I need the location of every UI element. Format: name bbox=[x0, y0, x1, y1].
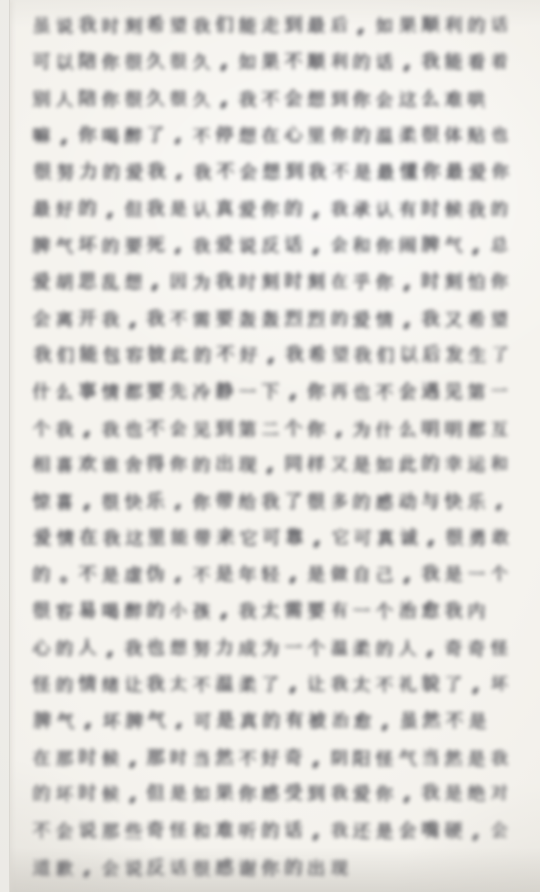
handwritten-char: 么 bbox=[396, 419, 419, 440]
handwritten-char: 内 bbox=[465, 601, 489, 623]
handwritten-char: 我 bbox=[259, 492, 282, 513]
handwritten-char: 话 bbox=[282, 820, 305, 841]
handwritten-char: 你 bbox=[374, 785, 396, 805]
handwritten-char: 是 bbox=[350, 454, 374, 476]
handwritten-char: 的 bbox=[100, 163, 122, 183]
handwritten-char: 听 bbox=[236, 821, 260, 843]
handwritten-char: 乐 bbox=[144, 491, 167, 512]
handwritten-char: 烈 bbox=[282, 308, 305, 329]
handwritten-char: 你 bbox=[168, 455, 190, 475]
handwritten-char: 奇 bbox=[282, 747, 305, 768]
handwritten-char: 坏 bbox=[488, 674, 510, 694]
handwritten-char: 时 bbox=[419, 271, 442, 292]
handwritten-char: 乎 bbox=[350, 272, 374, 294]
handwritten-char: 不 bbox=[191, 675, 213, 695]
punctuation-mark: ， bbox=[121, 748, 145, 770]
handwritten-char: 爱 bbox=[30, 272, 53, 293]
handwritten-char: 带 bbox=[192, 529, 214, 549]
handwritten-char: 见 bbox=[191, 420, 213, 440]
punctuation-mark: ， bbox=[99, 639, 121, 659]
text-line: 别人陪你很久很久，我不会想到你会这么难哄 bbox=[30, 81, 511, 118]
handwritten-char: 你 bbox=[489, 162, 511, 182]
handwritten-char: 真 bbox=[213, 198, 236, 219]
handwritten-char: 是 bbox=[168, 199, 190, 219]
punctuation-mark: ， bbox=[168, 565, 190, 585]
handwritten-char: 的 bbox=[465, 15, 489, 37]
handwritten-char: 让 bbox=[121, 674, 145, 696]
handwritten-char: 认 bbox=[191, 200, 213, 220]
handwritten-char: 话 bbox=[488, 15, 510, 35]
handwritten-char: 果 bbox=[396, 15, 419, 36]
handwritten-char: 然 bbox=[442, 748, 465, 769]
handwritten-char: 后 bbox=[420, 344, 443, 365]
handwritten-char: 会 bbox=[53, 822, 75, 842]
handwritten-char: 很 bbox=[31, 162, 54, 183]
handwritten-char: 是 bbox=[351, 162, 375, 184]
handwritten-char: 我 bbox=[236, 601, 260, 623]
handwritten-char: 希 bbox=[144, 15, 167, 36]
handwritten-char: 是 bbox=[213, 563, 236, 584]
handwritten-char: 么 bbox=[53, 383, 75, 403]
handwritten-char: 什 bbox=[374, 420, 396, 440]
handwritten-char: 会 bbox=[396, 382, 419, 403]
handwritten-char: 你 bbox=[488, 272, 510, 292]
handwritten-char: 的 bbox=[374, 639, 396, 659]
handwritten-char: 气 bbox=[53, 236, 75, 256]
handwritten-char: 脾 bbox=[419, 234, 442, 255]
handwritten-char: 好 bbox=[259, 748, 282, 769]
handwritten-char: 些 bbox=[121, 821, 145, 843]
handwritten-char: 怪 bbox=[30, 674, 53, 695]
handwritten-char: 得 bbox=[144, 454, 167, 475]
handwritten-char: 了 bbox=[442, 674, 465, 695]
handwritten-char: 承 bbox=[350, 199, 374, 221]
handwritten-char: 你 bbox=[328, 125, 350, 145]
handwritten-char: 我 bbox=[192, 163, 214, 183]
handwritten-char: 到 bbox=[328, 90, 350, 110]
handwritten-char: 为 bbox=[259, 638, 282, 659]
handwritten-char: 冷 bbox=[191, 383, 213, 403]
handwritten-char: 难 bbox=[442, 90, 465, 111]
handwritten-char: 你 bbox=[350, 90, 374, 112]
handwritten-char: 希 bbox=[465, 309, 489, 331]
handwritten-char: 反 bbox=[144, 857, 167, 878]
handwritten-char: 望 bbox=[329, 345, 351, 365]
handwritten-char: 互 bbox=[488, 419, 510, 439]
handwritten-char: 望 bbox=[488, 310, 510, 330]
handwritten-char: 体 bbox=[442, 125, 465, 146]
handwritten-char: 一 bbox=[350, 601, 374, 623]
handwritten-char: 彼 bbox=[145, 344, 168, 365]
handwritten-char: 以 bbox=[53, 53, 75, 73]
handwritten-char: 柔 bbox=[396, 125, 419, 146]
handwritten-char: 我 bbox=[144, 308, 167, 329]
punctuation-mark: ， bbox=[375, 712, 397, 732]
punctuation-mark: ， bbox=[260, 345, 283, 366]
handwritten-char: 我 bbox=[99, 310, 121, 330]
handwritten-char: 太 bbox=[168, 674, 190, 694]
punctuation-mark: ， bbox=[282, 381, 305, 402]
text-line: 心的人，我也想努力成为一个温柔的人，奇奇怪 bbox=[30, 630, 511, 667]
handwritten-char: 气 bbox=[54, 712, 76, 732]
handwritten-char: 我 bbox=[328, 821, 350, 841]
handwritten-char: 但 bbox=[121, 199, 145, 221]
handwritten-char: 会 bbox=[282, 89, 305, 110]
text-line: 虽说我时刻希望我们能走到最后，如果顺利的话 bbox=[30, 7, 511, 44]
punctuation-mark: ， bbox=[282, 563, 305, 584]
handwritten-char: 候 bbox=[99, 749, 121, 769]
handwritten-char: 努 bbox=[54, 163, 76, 183]
handwritten-char: 我 bbox=[488, 749, 510, 769]
handwritten-char: 敢 bbox=[489, 528, 511, 548]
handwritten-char: 能 bbox=[442, 52, 465, 73]
punctuation-mark: ， bbox=[396, 272, 419, 293]
handwritten-char: 们 bbox=[213, 15, 236, 36]
handwritten-char: 让 bbox=[305, 674, 328, 695]
punctuation-mark: ， bbox=[465, 235, 489, 257]
handwritten-char: 你 bbox=[191, 492, 213, 512]
handwritten-char: 真 bbox=[237, 711, 261, 733]
punctuation-mark: ， bbox=[76, 418, 99, 439]
punctuation-mark: ， bbox=[396, 309, 419, 330]
handwritten-char: 要 bbox=[305, 601, 328, 622]
handwritten-char: 我 bbox=[419, 783, 442, 804]
handwritten-char: 的 bbox=[350, 52, 374, 74]
text-line: 嘛，你喝醉了，不停想在心里你的温柔很体贴也 bbox=[30, 117, 511, 154]
punctuation-mark: ， bbox=[213, 88, 236, 109]
handwritten-char: 我 bbox=[328, 200, 350, 220]
punctuation-mark: ， bbox=[305, 821, 328, 842]
handwritten-char: 不 bbox=[443, 711, 466, 732]
handwritten-char: 的 bbox=[99, 236, 121, 256]
handwritten-char: 时 bbox=[76, 783, 99, 804]
handwritten-char: 难 bbox=[213, 820, 236, 841]
handwritten-char: 后 bbox=[328, 16, 350, 36]
handwritten-char: 我 bbox=[76, 15, 99, 36]
punctuation-mark: ， bbox=[53, 126, 75, 146]
punctuation-mark: ， bbox=[420, 527, 443, 548]
handwritten-char: 情 bbox=[76, 673, 99, 694]
handwritten-char: 想 bbox=[168, 638, 190, 658]
punctuation-mark: ， bbox=[76, 491, 99, 512]
handwritten-char: 话 bbox=[282, 234, 305, 255]
punctuation-mark: ， bbox=[76, 857, 99, 878]
handwritten-char: 气 bbox=[145, 710, 168, 731]
handwritten-char: 绝 bbox=[465, 784, 489, 806]
handwritten-char: 柔 bbox=[236, 674, 260, 696]
handwritten-char: 那 bbox=[144, 747, 167, 768]
text-line: 脾气，坏脾气，可是真的有被治愈，虽然不是 bbox=[31, 703, 512, 740]
handwritten-char: 我 bbox=[144, 198, 167, 219]
handwritten-char: 里 bbox=[305, 125, 328, 146]
handwritten-char: 很 bbox=[99, 492, 121, 512]
handwritten-char: 久 bbox=[144, 51, 167, 72]
text-line: 不会说那些奇怪和难听的话，我还是会嘴硬，会 bbox=[30, 813, 511, 850]
handwritten-char: 奇 bbox=[442, 639, 465, 660]
handwritten-char: 我 bbox=[283, 344, 306, 365]
handwritten-char: 有 bbox=[283, 710, 306, 731]
handwritten-char: 谁 bbox=[99, 456, 121, 476]
handwritten-char: 不 bbox=[76, 564, 99, 585]
handwritten-char: 轰 bbox=[236, 309, 260, 331]
text-line: 在那时候，那时当然不好奇，阴阳怪气当然是我 bbox=[30, 740, 511, 777]
handwritten-char: 的 bbox=[488, 200, 510, 220]
punctuation-mark: ， bbox=[77, 710, 100, 731]
text-line: 相喜欢谁舍得你的出现，同样又是如此的幸运和 bbox=[30, 446, 511, 483]
punctuation-mark: ， bbox=[396, 52, 419, 73]
handwritten-char: 道 bbox=[30, 858, 53, 879]
handwritten-char: 最 bbox=[305, 15, 328, 36]
handwritten-char: 话 bbox=[374, 53, 396, 73]
handwritten-char: 乱 bbox=[99, 273, 121, 293]
handwritten-char: 反 bbox=[259, 235, 282, 256]
handwritten-char: 个 bbox=[30, 418, 53, 439]
handwritten-char: 会 bbox=[396, 821, 419, 842]
punctuation-mark: ， bbox=[306, 528, 329, 549]
handwritten-char: 的 bbox=[192, 346, 214, 366]
punctuation-mark: ， bbox=[282, 673, 305, 694]
handwritten-char: 很 bbox=[305, 492, 328, 513]
handwritten-char: 谢 bbox=[236, 858, 260, 880]
handwritten-char: 们 bbox=[375, 346, 397, 366]
handwritten-char: 要 bbox=[213, 308, 236, 329]
handwritten-char: 气 bbox=[396, 748, 419, 769]
handwritten-char: 了 bbox=[282, 491, 305, 512]
handwritten-char: 这 bbox=[396, 90, 419, 111]
handwritten-char: 都 bbox=[465, 419, 489, 441]
handwritten-char: 不 bbox=[329, 162, 351, 182]
punctuation-mark: ， bbox=[121, 309, 145, 331]
handwritten-char: 与 bbox=[419, 491, 442, 512]
handwritten-char: 遇 bbox=[419, 381, 442, 402]
handwritten-char: 的 bbox=[76, 198, 99, 219]
handwritten-char: 带 bbox=[213, 491, 236, 512]
handwritten-char: 力 bbox=[77, 161, 100, 182]
handwritten-char: 的 bbox=[259, 821, 282, 842]
handwritten-char: 我 bbox=[351, 345, 375, 367]
handwritten-char: 刻 bbox=[442, 272, 465, 293]
handwritten-char: 事 bbox=[76, 381, 99, 402]
handwritten-char: 个 bbox=[305, 638, 328, 659]
handwritten-char: 坏 bbox=[53, 785, 75, 805]
handwritten-char: 陪 bbox=[76, 88, 99, 109]
handwritten-char: 你 bbox=[305, 419, 328, 440]
handwritten-char: 喜 bbox=[53, 492, 75, 512]
handwritten-char: 是 bbox=[442, 784, 465, 805]
handwritten-char: 我 bbox=[419, 563, 442, 584]
handwritten-char: 奇 bbox=[144, 820, 167, 841]
handwritten-char: 是 bbox=[465, 748, 489, 770]
handwritten-char: 明 bbox=[442, 419, 465, 440]
handwritten-char: 一 bbox=[488, 382, 510, 402]
handwritten-char: 的 bbox=[30, 565, 53, 586]
handwritten-char: 和 bbox=[350, 235, 374, 257]
handwritten-char: 想 bbox=[121, 272, 145, 294]
handwritten-char: 不 bbox=[214, 344, 237, 365]
punctuation-mark: ， bbox=[465, 821, 489, 843]
handwritten-char: 一 bbox=[282, 637, 305, 658]
handwritten-char: 什 bbox=[30, 382, 53, 403]
handwritten-char: 治 bbox=[329, 711, 351, 731]
handwritten-char: 刻 bbox=[259, 272, 282, 293]
handwritten-char: 愈 bbox=[351, 711, 375, 733]
handwritten-char: 时 bbox=[168, 748, 190, 768]
punctuation-mark: ， bbox=[213, 600, 236, 621]
handwritten-char: 可 bbox=[351, 528, 375, 550]
punctuation-mark: ， bbox=[419, 638, 442, 659]
handwritten-char: 脾 bbox=[30, 235, 53, 256]
handwritten-char: 很 bbox=[168, 53, 190, 73]
handwritten-char: 我 bbox=[121, 638, 145, 660]
handwritten-char: 时 bbox=[282, 271, 305, 292]
handwritten-char: 自 bbox=[350, 564, 374, 586]
text-line: 爱胡思乱想，因为我时刻时刻在乎你，时刻怕你 bbox=[30, 264, 511, 301]
handwritten-char: 贴 bbox=[465, 125, 489, 147]
handwritten-char: 不 bbox=[374, 383, 396, 403]
handwritten-char: 第 bbox=[236, 419, 260, 441]
handwritten-char: 又 bbox=[442, 309, 465, 330]
handwritten-char: 奇 bbox=[465, 639, 489, 661]
handwritten-char: 烈 bbox=[305, 309, 328, 330]
handwritten-char: 是 bbox=[466, 711, 490, 733]
handwritten-char: 硬 bbox=[442, 821, 465, 842]
handwritten-char: 伪 bbox=[144, 564, 167, 585]
handwritten-char: 我 bbox=[328, 784, 350, 804]
handwritten-char: 不 bbox=[30, 821, 53, 842]
handwritten-char: 你 bbox=[76, 124, 99, 145]
handwritten-char: 到 bbox=[282, 14, 305, 35]
handwritten-char: 己 bbox=[374, 565, 396, 585]
handwritten-char: 很 bbox=[168, 90, 190, 110]
handwritten-char: 闹 bbox=[396, 235, 419, 256]
handwritten-char: 怕 bbox=[465, 272, 489, 294]
handwritten-char: 但 bbox=[144, 783, 167, 804]
punctuation-mark: ， bbox=[168, 125, 190, 145]
handwritten-char: 是 bbox=[168, 784, 190, 804]
handwritten-char: 个 bbox=[282, 418, 305, 439]
handwritten-char: 此 bbox=[169, 345, 191, 365]
handwritten-char: 个 bbox=[374, 602, 396, 622]
handwritten-char: 如 bbox=[374, 455, 396, 475]
handwritten-char: 可 bbox=[260, 528, 283, 549]
handwritten-char: 靠 bbox=[283, 527, 306, 548]
handwritten-char: 对 bbox=[488, 784, 510, 804]
handwritten-char: 死 bbox=[144, 234, 167, 255]
handwritten-char: 总 bbox=[488, 235, 510, 255]
handwritten-char: 我 bbox=[31, 345, 54, 366]
handwritten-char: 话 bbox=[168, 858, 190, 878]
handwritten-char: 了 bbox=[144, 124, 167, 145]
punctuation-mark: ， bbox=[213, 51, 236, 72]
text-line: 脾气坏的要死，我爱说反话，会和你闹脾气，总 bbox=[30, 227, 511, 264]
handwritten-char: 在 bbox=[30, 748, 53, 769]
handwritten-char: 此 bbox=[396, 454, 419, 475]
punctuation-mark: ， bbox=[99, 200, 121, 220]
punctuation-mark: ， bbox=[396, 784, 419, 805]
handwritten-char: 温 bbox=[328, 639, 350, 659]
handwritten-char: 利 bbox=[328, 53, 350, 73]
punctuation-mark: ， bbox=[168, 235, 190, 255]
handwritten-char: 最 bbox=[443, 162, 466, 183]
handwritten-char: 是 bbox=[214, 710, 237, 731]
handwritten-char: 我 bbox=[191, 16, 213, 36]
handwritten-char: 多 bbox=[328, 492, 350, 512]
handwritten-char: 受 bbox=[282, 783, 305, 804]
handwritten-char: 不 bbox=[168, 309, 190, 329]
handwritten-char: 也 bbox=[121, 419, 145, 441]
handwritten-char: 如 bbox=[191, 785, 213, 805]
handwritten-char: 认 bbox=[374, 200, 396, 220]
handwritten-char: 来 bbox=[214, 527, 237, 548]
handwritten-char: 好 bbox=[53, 200, 75, 220]
handwritten-char: 那 bbox=[53, 749, 75, 769]
handwritten-char: 人 bbox=[53, 90, 75, 110]
punctuation-mark: ， bbox=[168, 492, 190, 512]
handwritten-char: 坏 bbox=[76, 234, 99, 255]
handwritten-char: 温 bbox=[374, 126, 396, 146]
handwritten-char: 在 bbox=[259, 125, 282, 146]
handwritten-char: 容 bbox=[53, 602, 75, 622]
handwritten-char: 礼 bbox=[396, 674, 419, 695]
handwritten-char: 为 bbox=[191, 273, 213, 293]
handwritten-char: 爱 bbox=[213, 234, 236, 255]
handwritten-char: 舍 bbox=[121, 455, 145, 477]
handwritten-char: 二 bbox=[259, 419, 282, 440]
handwritten-char: 可 bbox=[30, 52, 53, 73]
handwritten-char: 可 bbox=[192, 712, 214, 732]
handwritten-char: 治 bbox=[396, 601, 419, 622]
handwritten-char: 一 bbox=[465, 564, 489, 586]
handwritten-char: 有 bbox=[328, 602, 350, 622]
punctuation-mark: ， bbox=[305, 748, 328, 769]
handwritten-char: 虽 bbox=[397, 711, 420, 732]
handwritten-char: 感 bbox=[213, 857, 236, 878]
handwritten-char: 如 bbox=[374, 16, 396, 36]
handwritten-char: 还 bbox=[350, 821, 374, 843]
text-line: 惊喜，很快乐，你带给我了很多的感动与快乐， bbox=[30, 484, 511, 521]
handwritten-char: 爱 bbox=[122, 162, 146, 184]
handwritten-char: 不 bbox=[236, 748, 260, 770]
handwritten-char: 歉 bbox=[53, 859, 75, 879]
handwritten-char: 顺 bbox=[419, 14, 442, 35]
handwritten-char: 成 bbox=[236, 638, 260, 660]
handwritten-char: 诚 bbox=[397, 528, 420, 549]
text-line: 爱情在我这里能带来它可靠，它可真诚，很勇敢 bbox=[31, 520, 512, 557]
handwritten-char: 不 bbox=[374, 675, 396, 695]
handwritten-char: 我 bbox=[465, 199, 489, 221]
handwritten-char: 它 bbox=[329, 528, 351, 548]
handwritten-char: 是 bbox=[374, 822, 396, 842]
handwritten-char: 易 bbox=[76, 600, 99, 621]
handwritten-char: 静 bbox=[213, 381, 236, 402]
handwritten-char: 有 bbox=[396, 199, 419, 220]
handwritten-char: 个 bbox=[488, 564, 510, 584]
handwritten-char: 想 bbox=[236, 125, 260, 147]
handwritten-char: 一 bbox=[236, 382, 260, 404]
handwritten-char: 惊 bbox=[30, 492, 53, 513]
handwritten-char: 是 bbox=[442, 564, 465, 585]
handwritten-char: 果 bbox=[213, 783, 236, 804]
handwritten-char: 包 bbox=[100, 346, 122, 366]
handwritten-char: 的 bbox=[282, 857, 305, 878]
handwritten-char: 那 bbox=[99, 822, 121, 842]
handwritten-char: 爱 bbox=[31, 528, 54, 549]
handwritten-char: 是 bbox=[99, 565, 121, 585]
handwritten-char: 的 bbox=[328, 309, 350, 329]
handwritten-char: 不 bbox=[191, 126, 213, 146]
handwritten-char: 坏 bbox=[100, 712, 122, 732]
punctuation-mark: ， bbox=[169, 162, 191, 182]
